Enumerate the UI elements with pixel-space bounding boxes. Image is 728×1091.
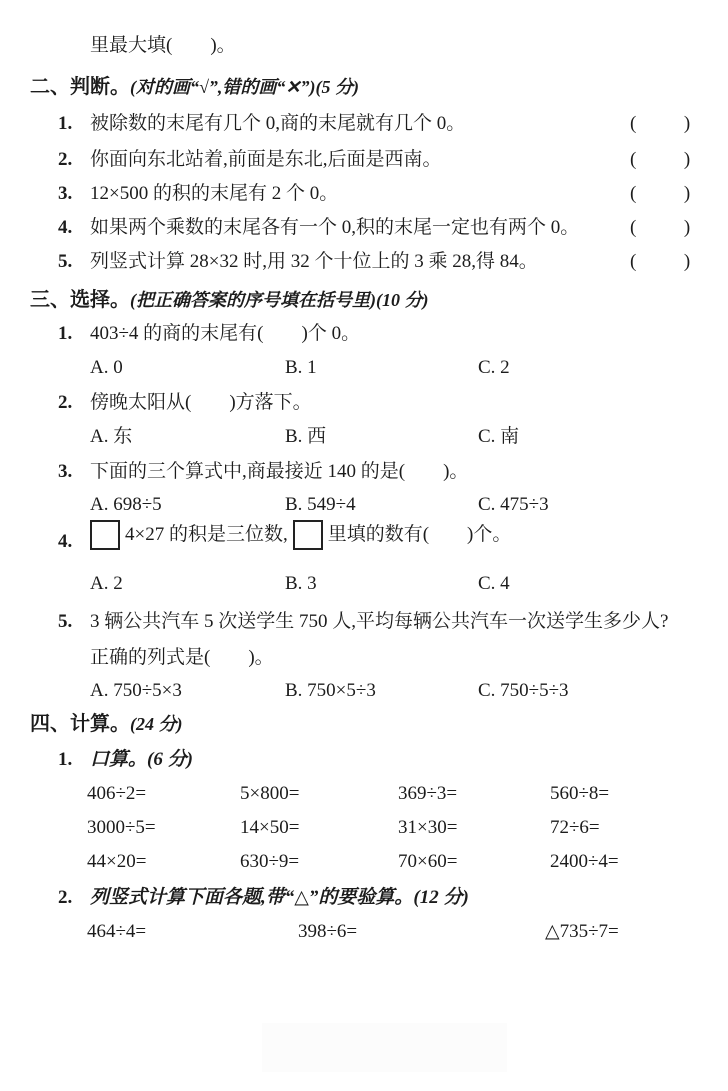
choice-option: A. 750÷5×3 (90, 677, 182, 705)
written-calc-number: 2. (58, 884, 72, 912)
choice-option: C. 南 (478, 423, 519, 451)
choice-option: C. 475÷3 (478, 491, 549, 519)
section-judge-header: 二、判断。(对的画“√”,错的画“✕”)(5 分) (0, 73, 728, 107)
choice-question-text: 正确的列式是( )。 (90, 644, 274, 672)
section-calc-note: (24 分) (130, 714, 183, 734)
oral-calc-problem: 3000÷5= (87, 814, 156, 842)
oral-calc-problem: 14×50= (240, 814, 299, 842)
choice-question: 1. 403÷4 的商的末尾有( )个 0。 (0, 320, 728, 354)
choice-question-text: 4×27 的积是三位数, (125, 521, 288, 549)
section-choice-note: (把正确答案的序号填在括号里)(10 分) (130, 290, 428, 310)
choice-option: B. 西 (285, 423, 326, 451)
judge-item-text: 12×500 的积的末尾有 2 个 0。 (90, 180, 338, 208)
choice-question: 2. 傍晚太阳从( )方落下。 (0, 389, 728, 423)
judge-answer-blank: ( ) (630, 248, 690, 276)
oral-calc-problem: 406÷2= (87, 780, 146, 808)
judge-answer-blank: ( ) (630, 180, 690, 208)
judge-item: 3. 12×500 的积的末尾有 2 个 0。 ( ) (0, 180, 728, 214)
choice-option: C. 4 (478, 570, 510, 598)
section-choice-title: 三、选择。 (30, 289, 130, 311)
section-choice-heading: 三、选择。(把正确答案的序号填在括号里)(10 分) (30, 286, 428, 315)
judge-item: 2. 你面向东北站着,前面是东北,后面是西南。 ( ) (0, 146, 728, 180)
judge-item-number: 3. (58, 180, 72, 208)
oral-calc-problem: 44×20= (87, 848, 146, 876)
oral-calc-label: 口算。(6 分) (90, 746, 193, 774)
choice-option: B. 3 (285, 570, 317, 598)
choice-option: B. 750×5÷3 (285, 677, 376, 705)
judge-answer-blank: ( ) (630, 146, 690, 174)
choice-question-text: 傍晚太阳从( )方落下。 (90, 389, 312, 417)
choice-options-row: A. 2 B. 3 C. 4 (0, 570, 728, 604)
choice-options-row: A. 0 B. 1 C. 2 (0, 354, 728, 388)
oral-calc-problem: 2400÷4= (550, 848, 619, 876)
judge-item: 4. 如果两个乘数的末尾各有一个 0,积的末尾一定也有两个 0。 ( ) (0, 214, 728, 248)
oral-calc-problem: 630÷9= (240, 848, 299, 876)
written-calc-header: 2. 列竖式计算下面各题,带“△”的要验算。(12 分) (0, 884, 728, 918)
choice-question-number: 1. (58, 320, 72, 348)
judge-item-text: 被除数的末尾有几个 0,商的末尾就有几个 0。 (90, 110, 465, 138)
judge-item-text: 你面向东北站着,前面是东北,后面是西南。 (90, 146, 442, 174)
choice-options-row: A. 750÷5×3 B. 750×5÷3 C. 750÷5÷3 (0, 677, 728, 711)
choice-question-text: 下面的三个算式中,商最接近 140 的是( )。 (90, 458, 468, 486)
oral-calc-row: 3000÷5= 14×50= 31×30= 72÷6= (0, 814, 728, 848)
oral-calc-row: 406÷2= 5×800= 369÷3= 560÷8= (0, 780, 728, 814)
section-judge-title: 二、判断。 (30, 76, 130, 98)
choice-question: 5. 3 辆公共汽车 5 次送学生 750 人,平均每辆公共汽车一次送学生多少人… (0, 608, 728, 642)
judge-item-text: 如果两个乘数的末尾各有一个 0,积的末尾一定也有两个 0。 (90, 214, 579, 242)
blank-box (293, 520, 323, 550)
judge-item: 1. 被除数的末尾有几个 0,商的末尾就有几个 0。 ( ) (0, 110, 728, 144)
choice-question-line2: 正确的列式是( )。 (0, 644, 728, 678)
written-calc-row: 464÷4= 398÷6= △735÷7= (0, 918, 728, 952)
choice-question-text-with-boxes: 4×27 的积是三位数, 里填的数有( )个。 (90, 520, 511, 550)
choice-option: B. 549÷4 (285, 491, 356, 519)
judge-item-number: 2. (58, 146, 72, 174)
choice-option: A. 东 (90, 423, 132, 451)
oral-calc-problem: 70×60= (398, 848, 457, 876)
choice-options-row: A. 东 B. 西 C. 南 (0, 423, 728, 457)
judge-item-text: 列竖式计算 28×32 时,用 32 个十位上的 3 乘 28,得 84。 (90, 248, 538, 276)
oral-calc-number: 1. (58, 746, 72, 774)
section-calc-header: 四、计算。(24 分) (0, 710, 728, 744)
choice-question-number: 5. (58, 608, 72, 636)
choice-question-number: 2. (58, 389, 72, 417)
section-choice-header: 三、选择。(把正确答案的序号填在括号里)(10 分) (0, 286, 728, 320)
judge-item-number: 4. (58, 214, 72, 242)
choice-option: B. 1 (285, 354, 317, 382)
oral-calc-row: 44×20= 630÷9= 70×60= 2400÷4= (0, 848, 728, 882)
oral-calc-problem: 5×800= (240, 780, 299, 808)
judge-item-number: 1. (58, 110, 72, 138)
choice-question: 4. 4×27 的积是三位数, 里填的数有( )个。 (0, 520, 728, 566)
choice-question-text: 3 辆公共汽车 5 次送学生 750 人,平均每辆公共汽车一次送学生多少人? (90, 608, 668, 636)
section-calc-heading: 四、计算。(24 分) (30, 710, 183, 739)
choice-question-text: 里填的数有( )个。 (328, 521, 512, 549)
section-judge-heading: 二、判断。(对的画“√”,错的画“✕”)(5 分) (30, 73, 359, 102)
judge-item: 5. 列竖式计算 28×32 时,用 32 个十位上的 3 乘 28,得 84。… (0, 248, 728, 282)
judge-answer-blank: ( ) (630, 214, 690, 242)
section-calc-title: 四、计算。 (30, 713, 130, 735)
oral-calc-header: 1. 口算。(6 分) (0, 746, 728, 780)
blank-box (90, 520, 120, 550)
intro-row: 里最大填( )。 (0, 32, 728, 66)
judge-answer-blank: ( ) (630, 110, 690, 138)
choice-option: C. 2 (478, 354, 510, 382)
choice-option: A. 698÷5 (90, 491, 162, 519)
choice-question: 3. 下面的三个算式中,商最接近 140 的是( )。 (0, 458, 728, 492)
oral-calc-problem: 72÷6= (550, 814, 600, 842)
written-calc-problem: 398÷6= (298, 918, 357, 946)
choice-option: C. 750÷5÷3 (478, 677, 569, 705)
choice-question-text: 403÷4 的商的末尾有( )个 0。 (90, 320, 360, 348)
section-judge-note: (对的画“√”,错的画“✕”)(5 分) (130, 77, 359, 97)
oral-calc-problem: 31×30= (398, 814, 457, 842)
written-calc-problem: △735÷7= (545, 918, 619, 946)
choice-question-number: 4. (58, 528, 72, 556)
intro-line: 里最大填( )。 (90, 32, 236, 60)
judge-item-number: 5. (58, 248, 72, 276)
oral-calc-problem: 560÷8= (550, 780, 609, 808)
written-calc-label: 列竖式计算下面各题,带“△”的要验算。(12 分) (90, 884, 469, 912)
choice-option: A. 0 (90, 354, 123, 382)
scan-artifact (262, 1023, 507, 1072)
oral-calc-problem: 369÷3= (398, 780, 457, 808)
choice-option: A. 2 (90, 570, 123, 598)
choice-question-number: 3. (58, 458, 72, 486)
written-calc-problem: 464÷4= (87, 918, 146, 946)
